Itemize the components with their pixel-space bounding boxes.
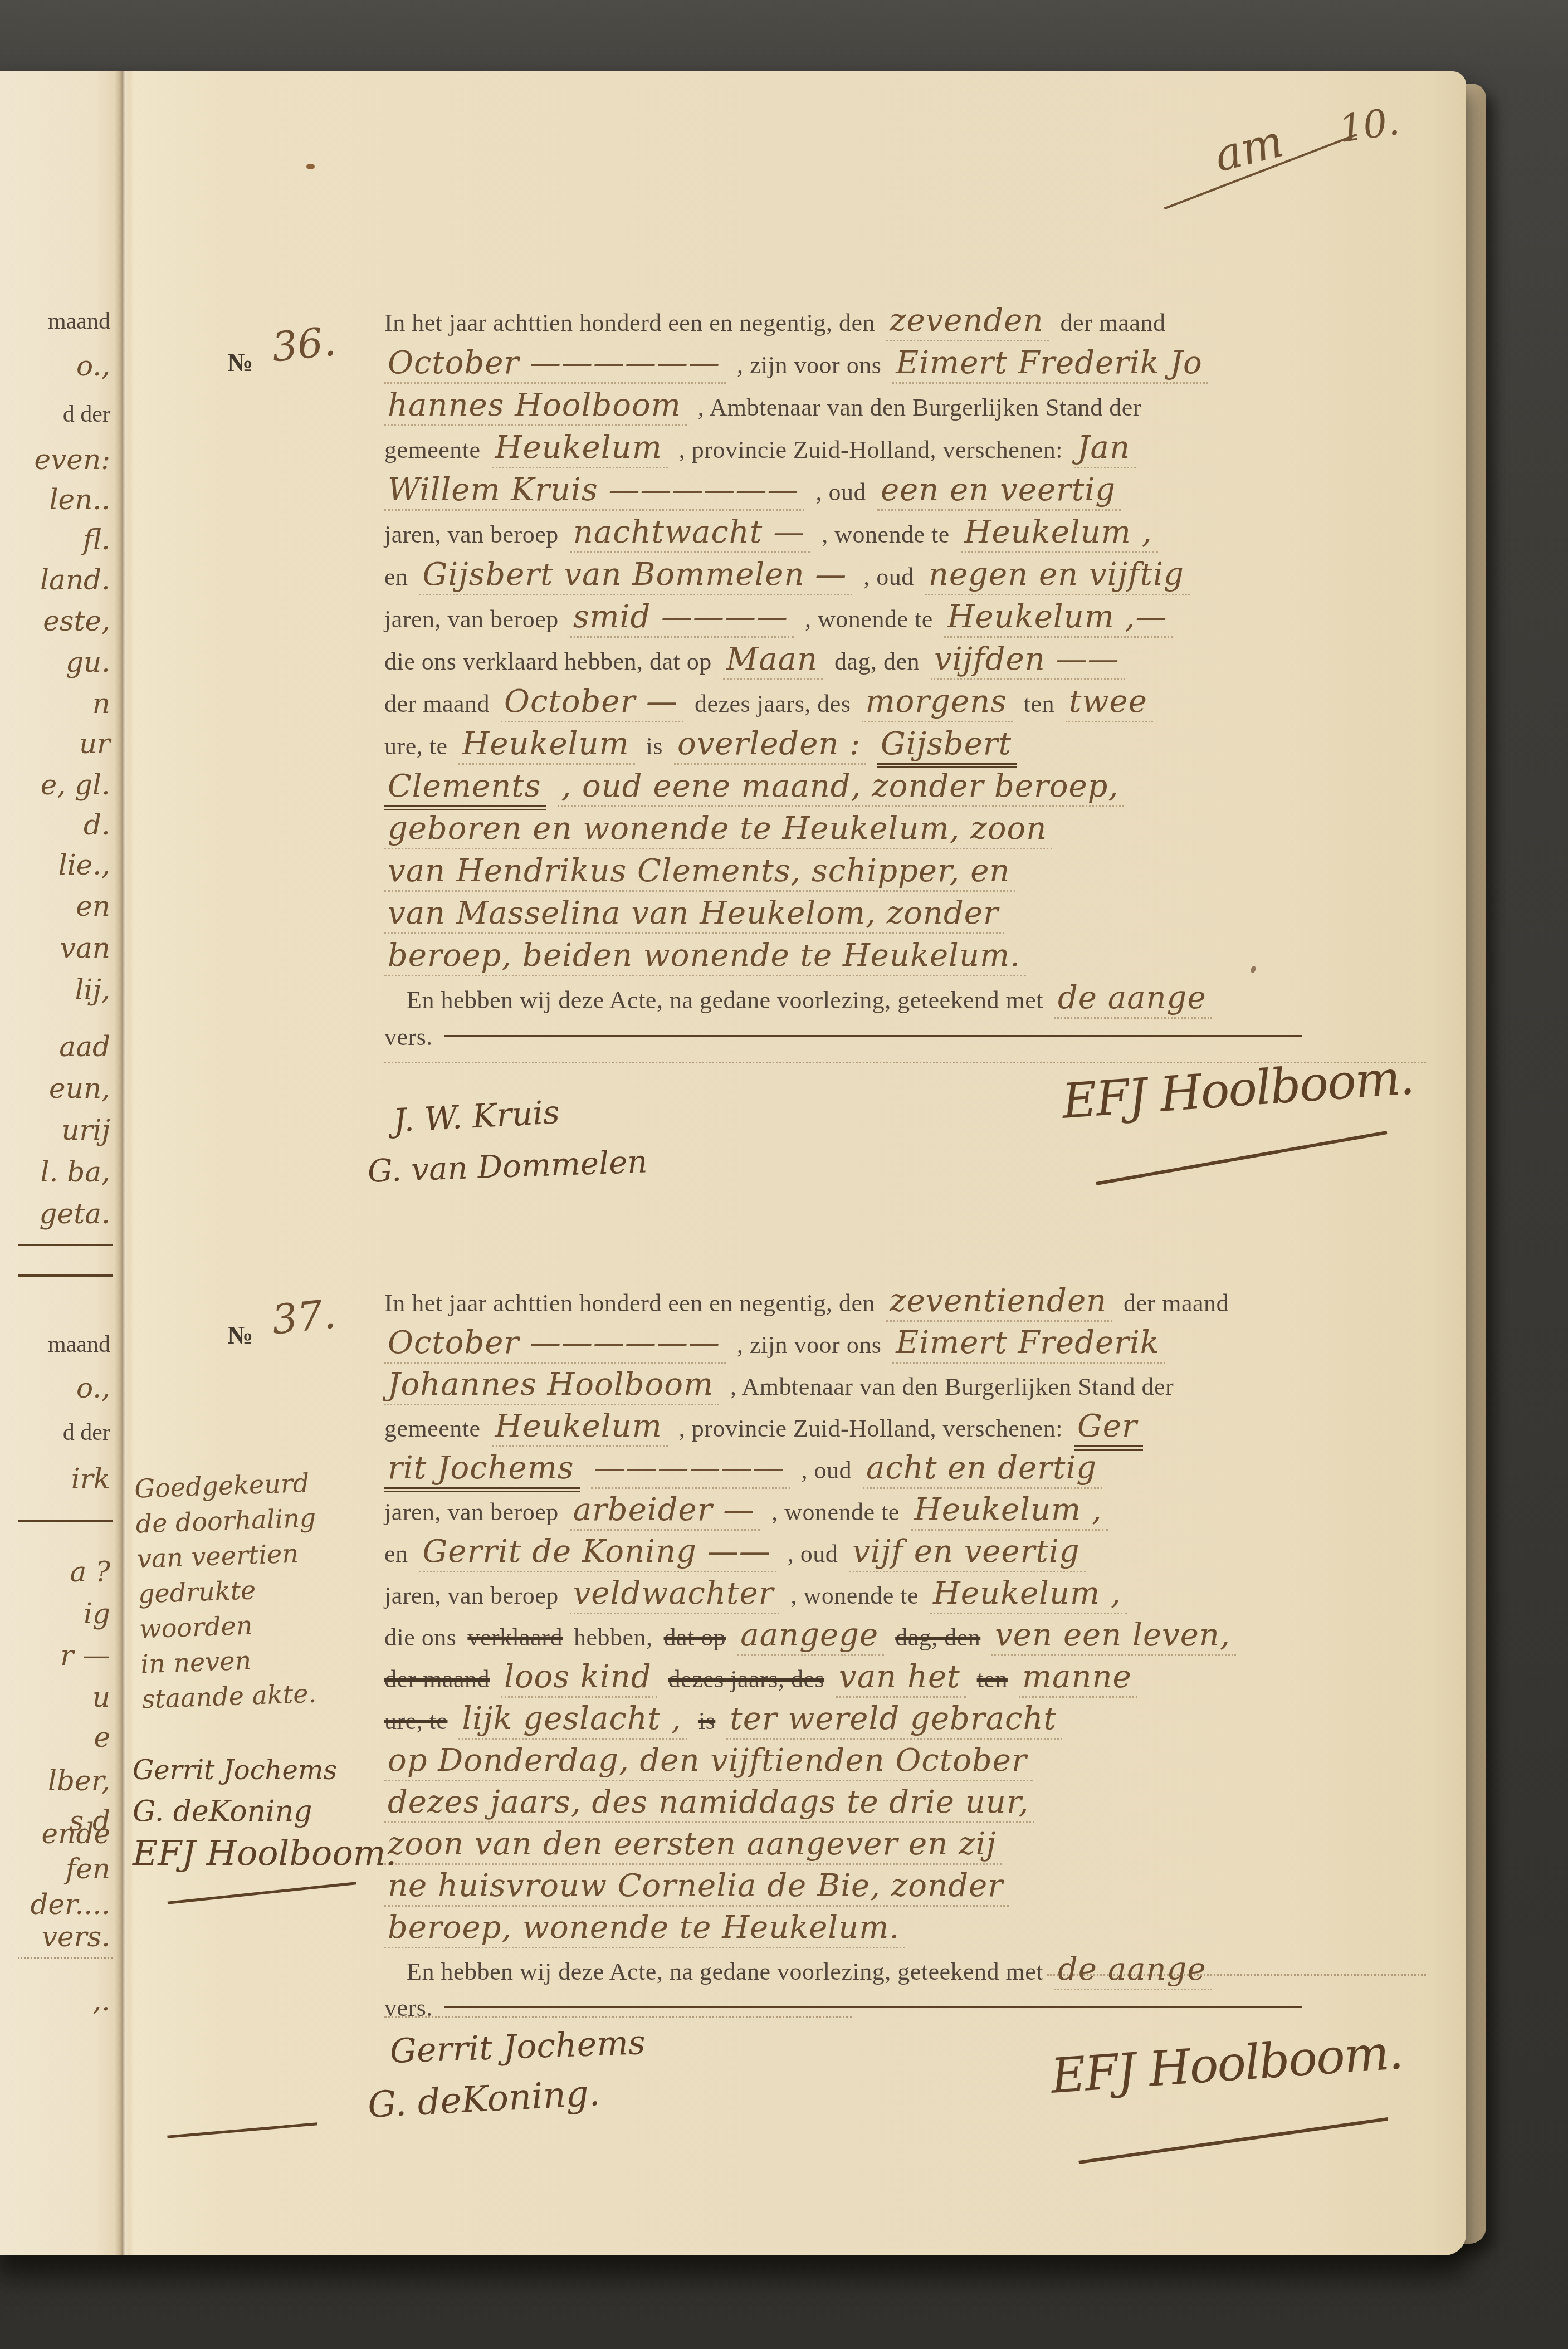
signature-gerrit-jochems: Gerrit Jochems bbox=[389, 2023, 646, 2071]
printed-form-text: , Ambtenaar van den Burgerlijken Stand d… bbox=[698, 394, 1141, 421]
printed-form-text: , zijn voor ons bbox=[737, 351, 881, 379]
margin-note-line: van veertien bbox=[136, 1535, 318, 1576]
handwritten-entry: zoon van den eersten aangever en zij bbox=[384, 1826, 1002, 1865]
printed-form-text: die ons verklaard hebben, dat op bbox=[384, 648, 712, 675]
form-line: En hebben wij deze Acte, na gedane voorl… bbox=[407, 1954, 1212, 1985]
handwritten-entry: ter wereld gebracht bbox=[726, 1701, 1062, 1740]
handwritten-entry: smid ———— bbox=[570, 599, 794, 638]
left-page-text-fragment: lij, bbox=[75, 974, 110, 1006]
form-line: In het jaar achttien honderd een en nege… bbox=[384, 305, 1165, 336]
margin-signature: EFJ Hoolboom. bbox=[133, 1833, 397, 1873]
handwritten-entry-underlined: Gijsbert bbox=[877, 726, 1017, 768]
margin-note-line: woorden bbox=[139, 1605, 320, 1647]
left-page-text-fragment: lber, bbox=[48, 1765, 110, 1797]
form-line: die ons verklaard hebben, dat opMaandag,… bbox=[384, 644, 1125, 675]
printed-form-text: ten bbox=[1024, 690, 1054, 717]
handwritten-entry: Johannes Hoolboom bbox=[384, 1366, 719, 1405]
act-number-value: 37. bbox=[270, 1290, 338, 1344]
margin-note-line: in neven bbox=[140, 1640, 321, 1682]
printed-form-text: is bbox=[646, 732, 663, 760]
handwritten-rule bbox=[444, 2006, 1302, 2008]
left-page-text-fragment: a ? bbox=[70, 1556, 110, 1588]
printed-form-text-struck: is bbox=[698, 1707, 715, 1735]
handwritten-entry: zevenden bbox=[886, 302, 1049, 341]
form-line: beroep, wonende te Heukelum. bbox=[384, 1912, 905, 1943]
left-page-text-fragment: u bbox=[92, 1681, 110, 1713]
margin-note-line: de doorhaling bbox=[135, 1500, 317, 1541]
signature-g-van-dommelen: G. van Dommelen bbox=[367, 1144, 648, 1189]
printed-form-text: En hebben wij deze Acte, na gedane voorl… bbox=[407, 1958, 1043, 1985]
printed-form-text-struck: verklaard bbox=[467, 1624, 563, 1651]
printed-form-text: jaren, van beroep bbox=[384, 605, 559, 633]
printed-form-text: , wonende te bbox=[805, 605, 933, 633]
handwritten-entry: Gijsbert van Bommelen — bbox=[419, 556, 853, 595]
left-page-text-fragment: r — bbox=[60, 1639, 110, 1672]
form-line: October ——————, zijn voor onsEimert Fred… bbox=[384, 348, 1208, 379]
printed-form-text: , wonende te bbox=[771, 1498, 900, 1526]
printed-form-text: , wonende te bbox=[822, 521, 950, 548]
left-page-text-fragment: aad bbox=[59, 1031, 110, 1063]
form-line: die onsverklaardhebben,dat opaangegedag,… bbox=[384, 1620, 1236, 1651]
handwritten-entry: Gerrit de Koning —— bbox=[419, 1534, 776, 1572]
left-page-text-fragment: en bbox=[76, 890, 110, 922]
margin-note-line: staande akte. bbox=[141, 1676, 323, 1717]
left-page-text-fragment: van bbox=[60, 932, 110, 964]
signature-g-de-koning: G. deKoning. bbox=[367, 2073, 601, 2126]
printed-form-text: In het jaar achttien honderd een en nege… bbox=[384, 309, 875, 336]
folio-page-number: 10. bbox=[1336, 100, 1402, 152]
form-line: van Masselina van Heukelom, zonder bbox=[384, 898, 1004, 929]
left-page-text-fragment: este, bbox=[43, 605, 110, 637]
left-page-rule-fragment bbox=[18, 1274, 113, 1277]
printed-form-text: , zijn voor ons bbox=[737, 1331, 881, 1359]
handwritten-entry: op Donderdag, den vijftienden October bbox=[384, 1742, 1033, 1781]
left-page-rule-fragment bbox=[18, 1520, 113, 1522]
form-line: ure, telijk geslacht ,ister wereld gebra… bbox=[384, 1703, 1062, 1735]
handwritten-entry: van het bbox=[836, 1659, 966, 1698]
printed-form-text-struck: der maand bbox=[384, 1666, 490, 1693]
left-page-text-fragment: irk bbox=[71, 1463, 110, 1495]
dotted-rule bbox=[384, 2016, 852, 2018]
dotted-rule bbox=[384, 1062, 1426, 1063]
left-page-text-fragment: l. ba, bbox=[41, 1156, 111, 1188]
left-page-text-fragment: geta. bbox=[40, 1198, 110, 1230]
form-line: jaren, van beroepsmid ————, wonende teHe… bbox=[384, 602, 1173, 633]
left-page-text-fragment: d. bbox=[84, 809, 110, 841]
form-line: jaren, van beroeparbeider —, wonende teH… bbox=[384, 1495, 1108, 1526]
left-page-edge: maando.,d dereven:len..fl.land.este,gu.n… bbox=[0, 71, 116, 2255]
form-line: ure, teHeukelumisoverleden :Gijsbert bbox=[384, 729, 1017, 760]
printed-form-text: hebben, bbox=[574, 1624, 653, 1651]
handwritten-entry: October — bbox=[501, 683, 683, 722]
handwritten-entry: October —————— bbox=[384, 345, 726, 384]
handwritten-entry: Heukelum bbox=[492, 429, 668, 468]
printed-form-text: dezes jaars, des bbox=[695, 690, 851, 717]
handwritten-entry: Heukelum , bbox=[911, 1492, 1108, 1531]
form-line: dezes jaars, des namiddags te drie uur, bbox=[384, 1787, 1034, 1818]
signature-flourish bbox=[168, 1882, 356, 1904]
printed-form-text: die ons bbox=[384, 1624, 456, 1651]
handwritten-entry: overleden : bbox=[674, 726, 866, 765]
printed-form-text: jaren, van beroep bbox=[384, 1582, 559, 1609]
handwritten-entry: Heukelum , bbox=[930, 1575, 1127, 1614]
signature-registrar-hoolboom: EFJ Hoolboom. bbox=[1049, 2024, 1404, 2104]
form-line: In het jaar achttien honderd een en nege… bbox=[384, 1286, 1229, 1317]
handwritten-entry: Maan bbox=[723, 641, 823, 680]
printed-form-text: jaren, van beroep bbox=[384, 521, 559, 548]
form-line: Johannes Hoolboom, Ambtenaar van den Bur… bbox=[384, 1369, 1174, 1400]
handwritten-entry: —————— bbox=[591, 1450, 790, 1489]
left-page-text-fragment: ende bbox=[42, 1818, 110, 1850]
handwritten-entry: aangege bbox=[737, 1617, 884, 1656]
form-line: rit Jochems——————, oudacht en dertig bbox=[384, 1453, 1102, 1484]
printed-form-text: , provincie Zuid-Holland, verschenen: bbox=[679, 436, 1063, 463]
handwritten-rule bbox=[444, 1035, 1302, 1037]
left-page-rule-fragment bbox=[18, 1957, 113, 1959]
left-page-text-fragment: o., bbox=[76, 350, 110, 382]
act-number-value: 36. bbox=[270, 318, 338, 371]
form-line: hannes Hoolboom, Ambtenaar van den Burge… bbox=[384, 390, 1141, 421]
left-page-text-fragment: even: bbox=[35, 443, 110, 476]
ink-spot bbox=[1250, 965, 1257, 974]
left-page-text-fragment: ur bbox=[79, 727, 110, 760]
form-line: der maandloos kinddezes jaars, desvan he… bbox=[384, 1662, 1137, 1693]
signature-jw-kruis: J. W. Kruis bbox=[392, 1093, 560, 1140]
left-page-text-fragment: lie., bbox=[58, 849, 110, 881]
form-line: vers. bbox=[384, 1025, 1302, 1049]
left-page-rule-fragment bbox=[18, 1244, 113, 1246]
printed-form-text: der maand bbox=[1060, 309, 1165, 336]
handwritten-entry-underlined: rit Jochems bbox=[384, 1450, 580, 1492]
handwritten-entry: Heukelum bbox=[458, 726, 634, 765]
form-line: beroep, beiden wonende te Heukelum. bbox=[384, 940, 1026, 971]
form-line: enGerrit de Koning ——, oudvijf en veerti… bbox=[384, 1536, 1086, 1567]
signature-flourish bbox=[1078, 2117, 1388, 2164]
handwritten-entry: een en veertig bbox=[877, 472, 1121, 511]
handwritten-entry: negen en vijftig bbox=[925, 556, 1190, 595]
form-line: Willem Kruis ——————, oudeen en veertig bbox=[384, 475, 1121, 506]
left-page-text-fragment: gu. bbox=[66, 646, 110, 678]
form-line: der maandOctober —dezes jaars, desmorgen… bbox=[384, 686, 1153, 717]
form-line: En hebben wij deze Acte, na gedane voorl… bbox=[407, 983, 1212, 1014]
left-page-text-fragment: ,. bbox=[92, 1985, 110, 2017]
printed-form-text: der maand bbox=[384, 690, 490, 717]
handwritten-entry: , oud eene maand, zonder beroep, bbox=[558, 768, 1124, 807]
form-line: October ——————, zijn voor onsEimert Fred… bbox=[384, 1327, 1165, 1359]
handwritten-entry-underlined: Ger bbox=[1074, 1408, 1143, 1451]
handwritten-entry: zeventienden bbox=[886, 1283, 1112, 1322]
printed-form-text-struck: ure, te bbox=[384, 1707, 447, 1735]
handwritten-entry: hannes Hoolboom bbox=[384, 387, 687, 426]
left-page-text-fragment: o., bbox=[76, 1372, 110, 1404]
left-page-text-fragment: len.. bbox=[49, 484, 110, 516]
handwritten-entry: beroep, wonende te Heukelum. bbox=[384, 1910, 905, 1948]
left-page-text-fragment: land. bbox=[40, 564, 110, 596]
printed-form-text: en bbox=[384, 1540, 408, 1567]
numero-sign: № bbox=[227, 1320, 253, 1350]
left-page-text-fragment: e bbox=[94, 1721, 110, 1754]
signature-flourish bbox=[167, 2122, 317, 2138]
printed-form-text: , Ambtenaar van den Burgerlijken Stand d… bbox=[730, 1373, 1174, 1400]
handwritten-entry: October —————— bbox=[384, 1325, 726, 1364]
left-page-text-fragment: d der bbox=[63, 401, 110, 428]
left-page-text-fragment: d der bbox=[63, 1419, 110, 1446]
handwritten-entry: manne bbox=[1019, 1659, 1137, 1698]
left-page-text-fragment: fen bbox=[66, 1853, 110, 1885]
printed-form-text-struck: dezes jaars, des bbox=[668, 1666, 824, 1693]
dotted-rule bbox=[1047, 1974, 1426, 1976]
margin-signatures: Gerrit JochemsG. deKoningEFJ Hoolboom. bbox=[133, 1755, 397, 1873]
form-line: jaren, van beroepnachtwacht —, wonende t… bbox=[384, 517, 1158, 548]
act-number-36: № 36. bbox=[227, 321, 336, 377]
margin-note-line: Goedgekeurd bbox=[134, 1465, 315, 1506]
printed-form-text: en bbox=[384, 563, 408, 590]
handwritten-entry: dezes jaars, des namiddags te drie uur, bbox=[384, 1784, 1034, 1823]
margin-approval-note: Goedgekeurdde doorhalingvan veertiengedr… bbox=[134, 1465, 323, 1717]
handwritten-entry: acht en dertig bbox=[863, 1450, 1102, 1489]
handwritten-entry: beroep, beiden wonende te Heukelum. bbox=[384, 937, 1026, 976]
form-line: ne huisvrouw Cornelia de Bie, zonder bbox=[384, 1871, 1009, 1902]
form-line: op Donderdag, den vijftienden October bbox=[384, 1745, 1033, 1776]
handwritten-entry: veldwachter bbox=[570, 1575, 780, 1614]
printed-form-text: ure, te bbox=[384, 732, 447, 760]
printed-form-text: , wonende te bbox=[790, 1582, 919, 1609]
handwritten-entry: Willem Kruis —————— bbox=[384, 472, 804, 511]
handwritten-entry: de aange bbox=[1054, 980, 1212, 1019]
printed-form-text: gemeente bbox=[384, 436, 481, 463]
printed-form-text: der maand bbox=[1124, 1290, 1229, 1317]
left-page-text-fragment: maand bbox=[48, 1331, 110, 1358]
printed-form-text-struck: dat op bbox=[664, 1624, 726, 1651]
handwritten-entry-underlined: Clements bbox=[384, 768, 546, 810]
folio-paraph: am bbox=[1209, 115, 1288, 182]
handwritten-entry: van Hendrikus Clements, schipper, en bbox=[384, 853, 1015, 892]
left-page-text-fragment: eun, bbox=[49, 1072, 110, 1105]
form-line: gemeenteHeukelum, provincie Zuid-Holland… bbox=[384, 432, 1136, 463]
photographed-register-book: { "folio": { "paraph": "am", "number": "… bbox=[0, 0, 1568, 2349]
form-line: jaren, van beroepveldwachter, wonende te… bbox=[384, 1578, 1127, 1609]
left-page-text-fragment: e, gl. bbox=[41, 769, 110, 801]
act-number-37: № 37. bbox=[227, 1293, 336, 1350]
handwritten-entry: twee bbox=[1066, 683, 1153, 722]
left-page-text-fragment: maand bbox=[48, 308, 110, 335]
printed-form-text-struck: dag, den bbox=[895, 1624, 980, 1651]
margin-signature: G. deKoning bbox=[133, 1795, 397, 1828]
handwritten-entry: vijf en veertig bbox=[849, 1534, 1085, 1572]
handwritten-entry: Jan bbox=[1074, 429, 1136, 468]
left-page-text-fragment: vers. bbox=[42, 1921, 110, 1953]
handwritten-entry: Heukelum ,— bbox=[944, 599, 1173, 638]
handwritten-entry: Eimert Frederik bbox=[892, 1325, 1165, 1364]
handwritten-entry: arbeider — bbox=[570, 1492, 761, 1531]
left-page-text-fragment: ig bbox=[84, 1598, 110, 1630]
left-page-text-fragment: urij bbox=[61, 1114, 110, 1146]
form-line: enGijsbert van Bommelen —, oudnegen en v… bbox=[384, 559, 1190, 590]
signature-flourish bbox=[1096, 1131, 1388, 1185]
handwritten-entry: de aange bbox=[1054, 1951, 1212, 1990]
handwritten-entry: ne huisvrouw Cornelia de Bie, zonder bbox=[384, 1868, 1009, 1907]
handwritten-entry: loos kind bbox=[501, 1659, 657, 1698]
handwritten-entry: ven een leven, bbox=[991, 1617, 1236, 1656]
printed-form-text: , oud bbox=[815, 478, 866, 506]
margin-note-line: gedrukte bbox=[138, 1570, 319, 1611]
handwritten-entry: Heukelum , bbox=[961, 514, 1158, 553]
left-page-text-fragment: fl. bbox=[83, 524, 110, 556]
handwritten-entry: geboren en wonende te Heukelum, zoon bbox=[384, 810, 1052, 849]
form-line: gemeenteHeukelum, provincie Zuid-Holland… bbox=[384, 1411, 1143, 1442]
handwritten-entry: vijfden —— bbox=[931, 641, 1125, 680]
printed-form-text: , oud bbox=[802, 1457, 852, 1484]
form-line: geboren en wonende te Heukelum, zoon bbox=[384, 813, 1052, 844]
margin-signature: Gerrit Jochems bbox=[133, 1755, 397, 1786]
gutter-crease bbox=[115, 71, 129, 2255]
handwritten-entry: Eimert Frederik Jo bbox=[892, 345, 1208, 384]
form-line: van Hendrikus Clements, schipper, en bbox=[384, 856, 1015, 887]
printed-form-text: , provincie Zuid-Holland, verschenen: bbox=[679, 1415, 1063, 1442]
left-page-text-fragment: n bbox=[92, 687, 110, 720]
printed-form-text: gemeente bbox=[384, 1415, 481, 1442]
handwritten-entry: lijk geslacht , bbox=[458, 1701, 687, 1740]
printed-form-text: dag, den bbox=[834, 648, 920, 675]
printed-form-text: vers. bbox=[384, 1023, 433, 1051]
printed-form-text: En hebben wij deze Acte, na gedane voorl… bbox=[407, 987, 1043, 1014]
handwritten-entry: van Masselina van Heukelom, zonder bbox=[384, 895, 1004, 934]
handwritten-entry: Heukelum bbox=[492, 1408, 668, 1447]
handwritten-entry: morgens bbox=[862, 683, 1012, 722]
printed-form-text: , oud bbox=[863, 563, 914, 590]
register-page: am 10. № 36. № 37. In het jaar achttien … bbox=[0, 71, 1466, 2255]
printed-form-text: jaren, van beroep bbox=[384, 1498, 559, 1526]
printed-form-text: , oud bbox=[788, 1540, 838, 1567]
printed-form-text-struck: ten bbox=[977, 1666, 1008, 1693]
handwritten-entry: nachtwacht — bbox=[570, 514, 810, 553]
left-page-text-fragment: der.... bbox=[30, 1888, 110, 1921]
ink-spot bbox=[306, 164, 315, 169]
form-line: Clements, oud eene maand, zonder beroep, bbox=[384, 771, 1124, 802]
form-line: zoon van den eersten aangever en zij bbox=[384, 1829, 1002, 1860]
printed-form-text: In het jaar achttien honderd een en nege… bbox=[384, 1290, 875, 1317]
numero-sign: № bbox=[227, 348, 253, 377]
